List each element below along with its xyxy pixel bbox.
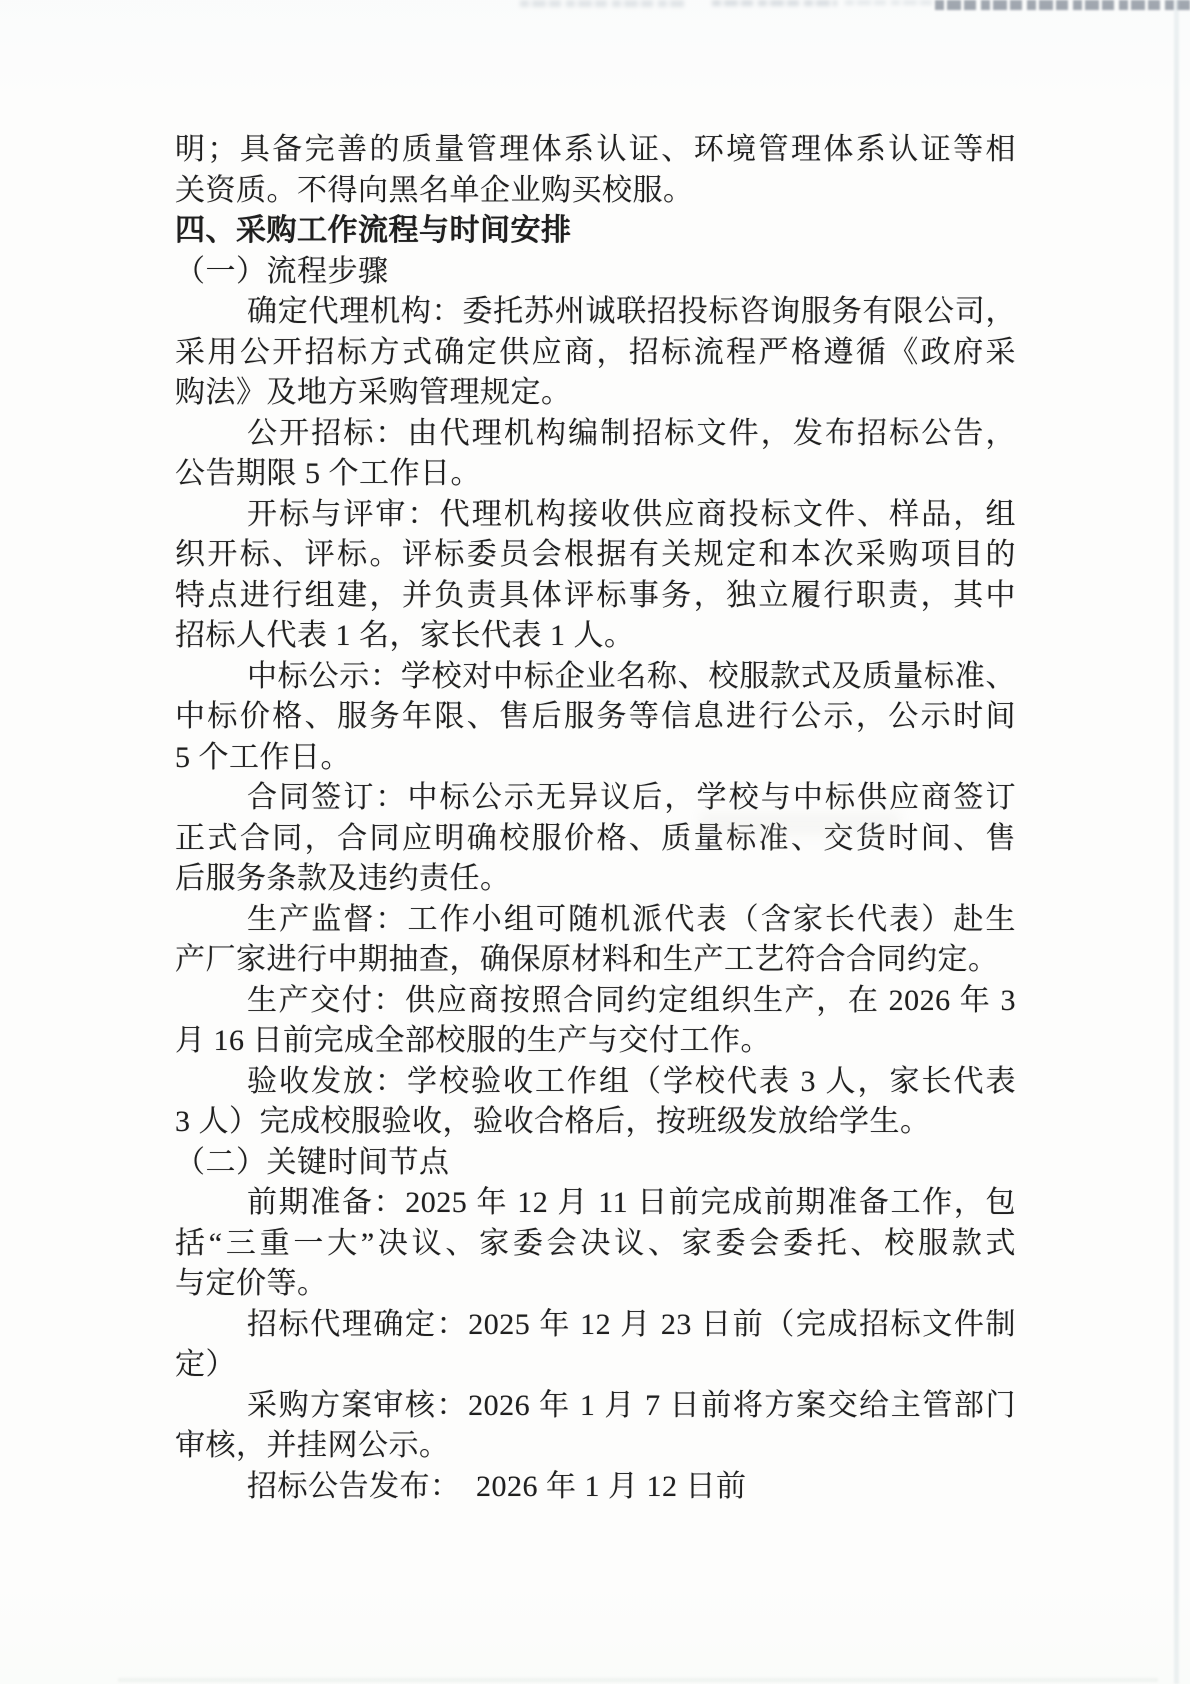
doc-line: 与定价等。 [175, 1264, 1016, 1305]
scan-artifact-top-edge-dark-band [935, 0, 1190, 10]
scan-artifact-top-edge-speckle-2 [712, 0, 837, 6]
scan-artifact-bottom-edge-streak [118, 1678, 1158, 1682]
doc-line: 关资质。不得向黑名单企业购买校服。 [175, 171, 1016, 212]
scanned-document-page: 明；具备完善的质量管理体系认证、环境管理体系认证等相关资质。不得向黑名单企业购买… [0, 0, 1190, 1684]
doc-line: 后服务条款及违约责任。 [175, 859, 1016, 900]
doc-line: 合同签订：中标公示无异议后，学校与中标供应商签订 [175, 778, 1016, 819]
doc-line: 定） [175, 1345, 1016, 1386]
doc-line: 公告期限 5 个工作日。 [175, 454, 1016, 495]
doc-line: 5 个工作日。 [175, 738, 1016, 779]
doc-line: 招标代理确定：2025 年 12 月 23 日前（完成招标文件制 [175, 1305, 1016, 1346]
doc-line: 正式合同，合同应明确校服价格、质量标准、交货时间、售 [175, 819, 1016, 860]
doc-line: 招标人代表 1 名，家长代表 1 人。 [175, 616, 1016, 657]
doc-line: 织开标、评标。评标委员会根据有关规定和本次采购项目的 [175, 535, 1016, 576]
doc-line: 特点进行组建，并负责具体评标事务，独立履行职责，其中 [175, 576, 1016, 617]
doc-line: 3 人）完成校服验收，验收合格后，按班级发放给学生。 [175, 1102, 1016, 1143]
doc-line: 生产交付：供应商按照合同约定组织生产，在 2026 年 3 [175, 981, 1016, 1022]
doc-line: 验收发放：学校验收工作组（学校代表 3 人，家长代表 [175, 1062, 1016, 1103]
doc-line: 确定代理机构：委托苏州诚联招投标咨询服务有限公司， [175, 292, 1016, 333]
doc-line: 月 16 日前完成全部校服的生产与交付工作。 [175, 1021, 1016, 1062]
doc-line: （一）流程步骤 [175, 252, 1016, 293]
doc-line: 购法》及地方采购管理规定。 [175, 373, 1016, 414]
scan-artifact-top-edge-speckle-1 [520, 0, 685, 7]
doc-line: 中标公示：学校对中标企业名称、校服款式及质量标准、 [175, 657, 1016, 698]
section-heading-line: 四、采购工作流程与时间安排 [175, 211, 1016, 252]
doc-line: 前期准备：2025 年 12 月 11 日前完成前期准备工作，包 [175, 1183, 1016, 1224]
doc-line: 审核，并挂网公示。 [175, 1426, 1016, 1467]
doc-line: 明；具备完善的质量管理体系认证、环境管理体系认证等相 [175, 130, 1016, 171]
doc-line: （二）关键时间节点 [175, 1143, 1016, 1184]
doc-line: 招标公告发布： 2026 年 1 月 12 日前 [175, 1467, 1016, 1508]
doc-line: 生产监督：工作小组可随机派代表（含家长代表）赴生 [175, 900, 1016, 941]
doc-line: 采用公开招标方式确定供应商，招标流程严格遵循《政府采 [175, 333, 1016, 374]
doc-line: 采购方案审核：2026 年 1 月 7 日前将方案交给主管部门 [175, 1386, 1016, 1427]
doc-line: 开标与评审：代理机构接收供应商投标文件、样品，组 [175, 495, 1016, 536]
document-text-block: 明；具备完善的质量管理体系认证、环境管理体系认证等相关资质。不得向黑名单企业购买… [175, 130, 1016, 1507]
doc-line: 产厂家进行中期抽查，确保原材料和生产工艺符合合同约定。 [175, 940, 1016, 981]
doc-line: 括“三重一大”决议、家委会决议、家委会委托、校服款式 [175, 1224, 1016, 1265]
doc-line: 中标价格、服务年限、售后服务等信息进行公示，公示时间 [175, 697, 1016, 738]
scan-artifact-right-edge-streak [1174, 0, 1179, 1684]
doc-line: 公开招标：由代理机构编制招标文件，发布招标公告， [175, 414, 1016, 455]
scan-artifact-top-edge-speckle-3 [845, 0, 935, 5]
